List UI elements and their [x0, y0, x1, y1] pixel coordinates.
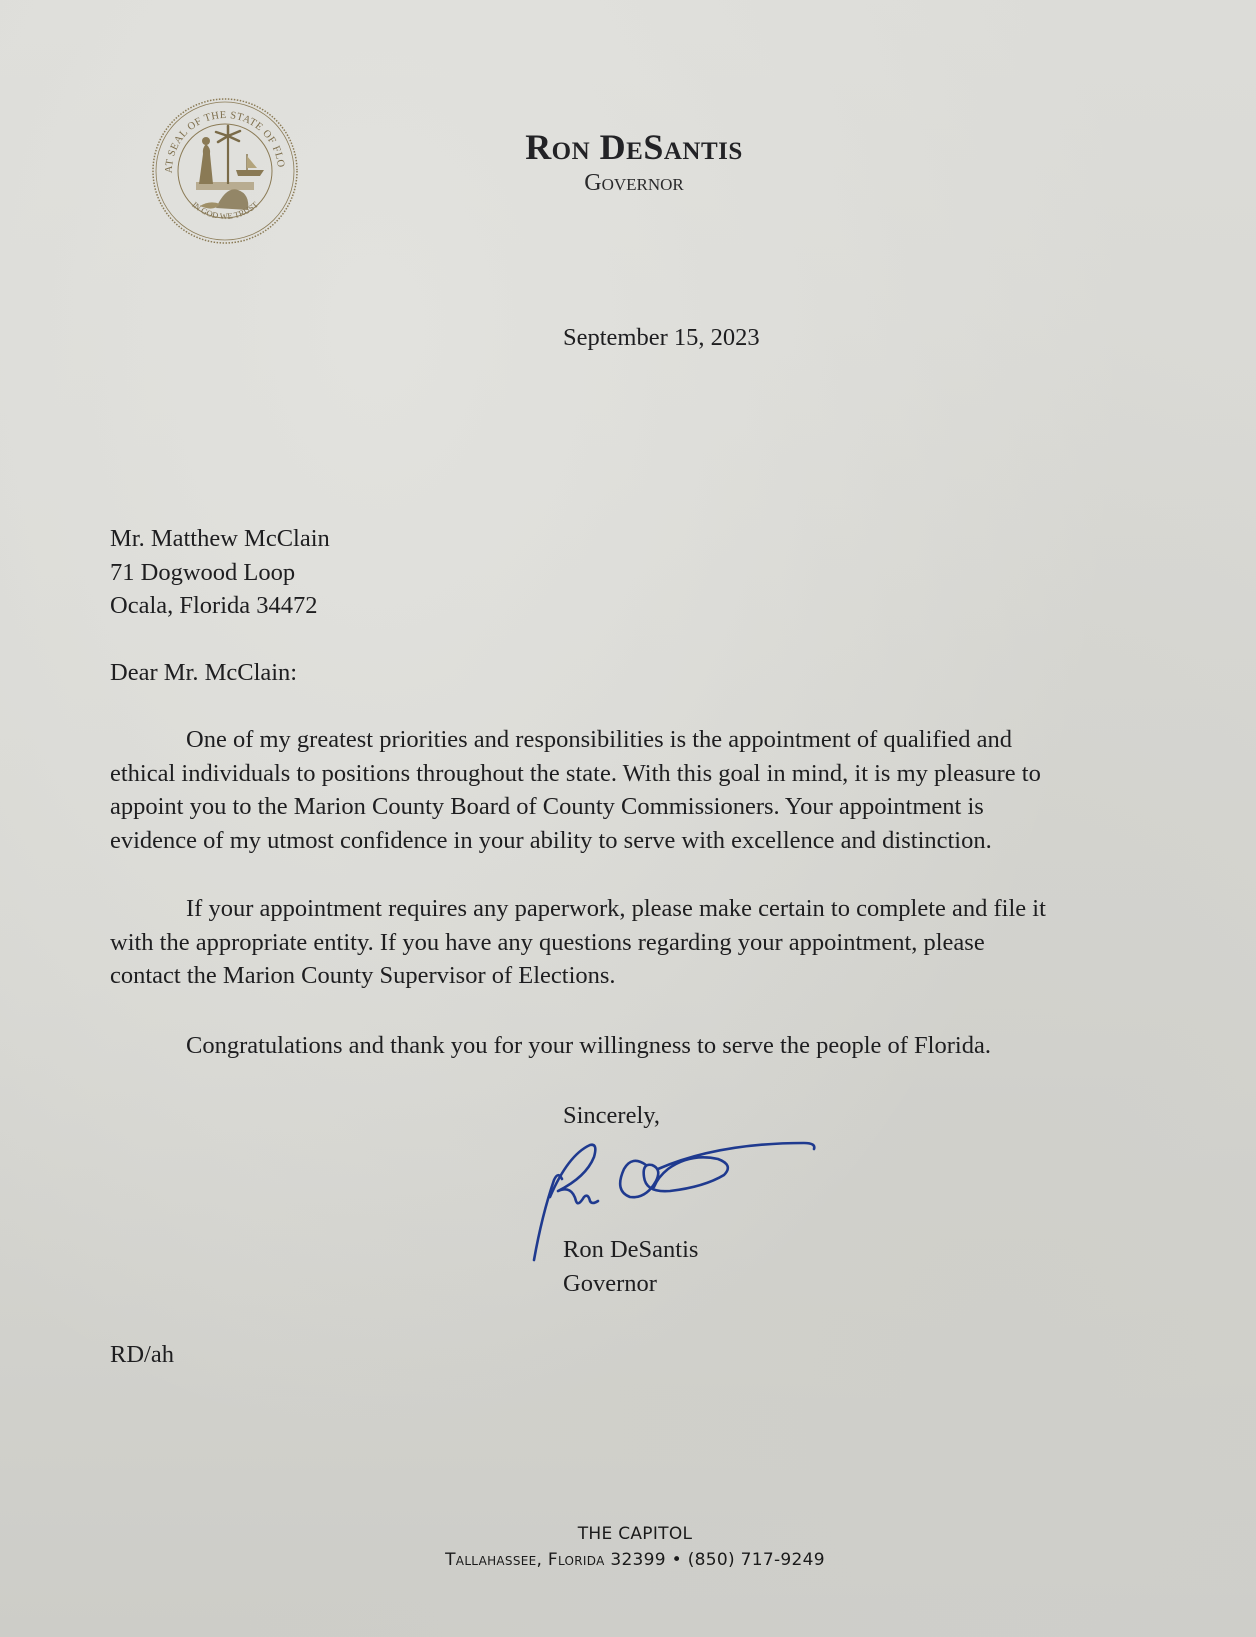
bullet-separator-icon: •: [672, 1550, 682, 1570]
body-paragraph-1: One of my greatest priorities and respon…: [110, 723, 1185, 857]
body-paragraph-3: Congratulations and thank you for your w…: [110, 1029, 1185, 1063]
recipient-street: 71 Dogwood Loop: [110, 556, 330, 590]
paragraph-line: evidence of my utmost confidence in your…: [110, 824, 1185, 858]
paragraph-line: Congratulations and thank you for your w…: [110, 1029, 1185, 1063]
letterhead-name: Ron DeSantis: [0, 126, 1256, 168]
paragraph-line: appoint you to the Marion County Board o…: [110, 790, 1185, 824]
footer-zip: 32399: [610, 1550, 666, 1570]
signer-title: Governor: [563, 1267, 657, 1301]
signer-name: Ron DeSantis: [563, 1233, 698, 1267]
recipient-city-state-zip: Ocala, Florida 34472: [110, 589, 330, 623]
reference-initials: RD/ah: [110, 1338, 174, 1372]
footer-city: Tallahassee, Florida: [445, 1550, 604, 1570]
salutation: Dear Mr. McClain:: [110, 656, 297, 690]
footer-capitol: THE CAPITOL: [0, 1524, 1256, 1544]
paragraph-line: One of my greatest priorities and respon…: [110, 723, 1185, 757]
closing: Sincerely,: [563, 1099, 660, 1133]
letter-page: GREAT SEAL OF THE STATE OF FLORIDA IN GO…: [0, 0, 1256, 1637]
paragraph-line: ethical individuals to positions through…: [110, 757, 1185, 791]
paragraph-line: contact the Marion County Supervisor of …: [110, 959, 1185, 993]
footer-address: Tallahassee, Florida 32399 • (850) 717-9…: [0, 1550, 1256, 1570]
recipient-address: Mr. Matthew McClain 71 Dogwood Loop Ocal…: [110, 522, 330, 623]
letterhead-title: Governor: [0, 170, 1256, 197]
paragraph-line: with the appropriate entity. If you have…: [110, 926, 1185, 960]
recipient-name: Mr. Matthew McClain: [110, 522, 330, 556]
paragraph-line: If your appointment requires any paperwo…: [110, 892, 1185, 926]
letter-date: September 15, 2023: [563, 321, 760, 355]
footer-phone: (850) 717-9249: [688, 1550, 825, 1570]
body-paragraph-2: If your appointment requires any paperwo…: [110, 892, 1185, 993]
